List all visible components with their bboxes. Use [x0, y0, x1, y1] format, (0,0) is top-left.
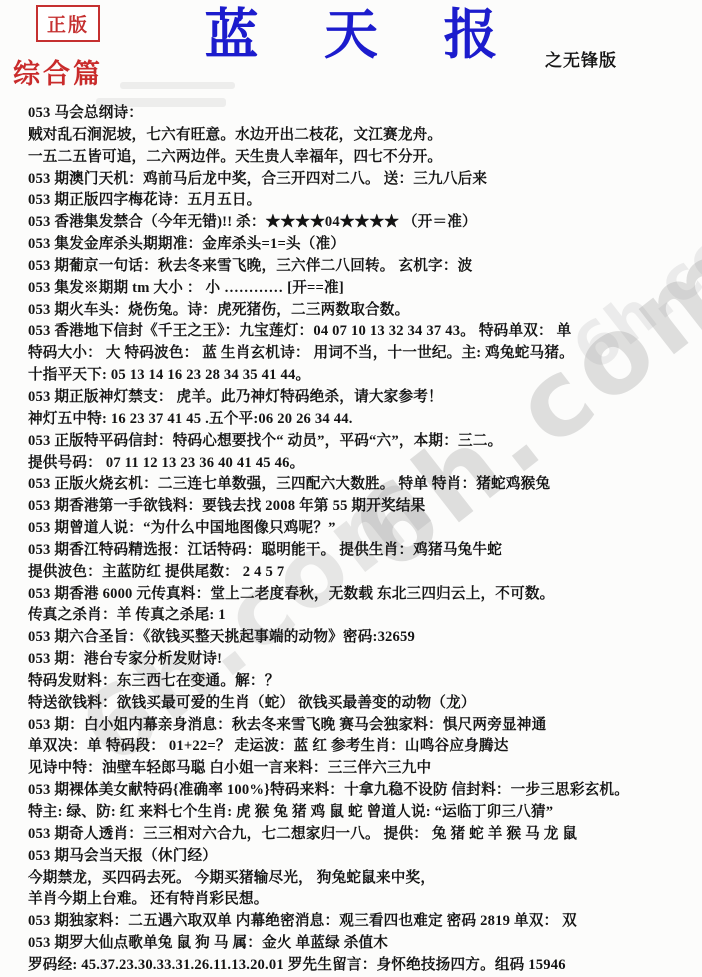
text-line: 提供号码： 07 11 12 13 23 36 40 41 45 46。 — [28, 453, 696, 475]
text-line: 特码发财料：东三西七在变通。解：？ — [28, 671, 696, 693]
text-line: 053 马会总纲诗： — [28, 103, 696, 125]
text-line: 今期禁龙，买四码去死。 今期买猪输尽光， 狗兔蛇鼠来中奖， — [28, 868, 696, 890]
text-line: 053 期香港 6000 元传真料：堂上二老度春秋，无数载 东北三四归云上，不可… — [28, 584, 696, 606]
text-line: 053 期葡京一句话：秋去冬来雪飞晚，三六伴二八回转。 玄机字：波 — [28, 256, 696, 278]
text-line: 053 期：港台专家分析发财诗! — [28, 649, 696, 671]
text-line: 053 期马会当天报（休门经） — [28, 846, 696, 868]
text-line: 传真之杀肖：羊 传真之杀尾: 1 — [28, 605, 696, 627]
text-line: 053 正版特平码信封：特码心想要找个“ 动员”，平码“六”，本期：三二。 — [28, 431, 696, 453]
text-line: 神灯五中特: 16 23 37 41 45 .五个平:06 20 26 34 4… — [28, 409, 696, 431]
report-page: 6h.com 6h.com 6h.com 正版 蓝 天 报 之无锋版 综合篇 0… — [0, 0, 702, 977]
text-line: 一五二五皆可追，二六两边伴。天生贵人幸福年，四七不分开。 — [28, 147, 696, 169]
section-heading: 综合篇 — [13, 52, 103, 91]
text-line: 053 期六合圣旨：《欲钱买整天挑起事端的动物》密码:32659 — [28, 627, 696, 649]
text-line: 053 期罗大仙点歌单兔 鼠 狗 马 属：金火 单蓝绿 杀值木 — [28, 933, 696, 955]
text-line: 053 期火车头：烧伤兔。诗：虎死猪伤，二三两数取合数。 — [28, 300, 696, 322]
text-line: 053 集发※期期 tm 大小 ： 小 ………… [开==准] — [28, 278, 696, 300]
tips-text-block: 053 马会总纲诗： 贼对乱石涧泥坡，七六有旺意。水边开出二枝花，文江赛龙舟。 … — [28, 103, 696, 977]
text-line: 羊肖今期上台难。 还有特肖彩民想。 — [28, 889, 696, 911]
text-line: 特码大小： 大 特码波色： 蓝 生肖玄机诗： 用词不当，十一世纪。主: 鸡兔蛇马… — [28, 343, 696, 365]
text-line: 053 期正版四字梅花诗：五月五日。 — [28, 190, 696, 212]
text-line: 053 期澳门天机：鸡前马后龙中奖，合三开四对二八。 送：三九八后来 — [28, 169, 696, 191]
text-line: 053 期正版神灯禁支： 虎羊。此乃神灯特码绝杀，请大家参考！ — [28, 387, 696, 409]
text-line: 053 期奇人透肖：三三相对六合九，七二想家归一八。 提供： 兔 猪 蛇 羊 猴… — [28, 824, 696, 846]
text-line: 罗码经: 45.37.23.30.33.31.26.11.13.20.01 罗先… — [28, 955, 696, 977]
text-line: 贼对乱石涧泥坡，七六有旺意。水边开出二枝花，文江赛龙舟。 — [28, 125, 696, 147]
text-line: 见诗中特：油壁车轻郎马聪 白小姐一言来料：三三伴六三九中 — [28, 758, 696, 780]
text-line: 053 期裸体美女献特码{准确率 100%}特码来料：十拿九稳不设防 信封料：一… — [28, 780, 696, 802]
text-line: 053 集发金库杀头期期准：金库杀头=1=头（准） — [28, 234, 696, 256]
text-line: 特送欲钱料：欲钱买最可爱的生肖（蛇） 欲钱买最善变的动物（龙） — [28, 693, 696, 715]
text-line: 十指平天下: 05 13 14 16 23 28 34 35 41 44。 — [28, 365, 696, 387]
text-line: 053 期独家料：二五遇六取双单 内幕绝密消息：观三看四也难定 密码 2819 … — [28, 911, 696, 933]
edition-label: 之无锋版 — [545, 46, 617, 71]
text-line: 053 香港集发禁合（今年无错)!! 杀：★★★★04★★★★ （开＝准） — [28, 212, 696, 234]
text-line: 053 期：白小姐内幕亲身消息：秋去冬来雪飞晚 赛马会独家料：惧尺两旁显神通 — [28, 715, 696, 737]
text-line: 特主: 绿、防: 红 来料七个生肖: 虎 猴 兔 猪 鸡 鼠 蛇 曾道人说: “… — [28, 802, 696, 824]
text-line: 053 香港地下信封《千王之王》：九宝莲灯：04 07 10 13 32 34 … — [28, 321, 696, 343]
text-line: 单双决：单 特码段： 01+22=？ 走运波：蓝 红 参考生肖：山鸣谷应身腾达 — [28, 736, 696, 758]
text-line: 053 期香港第一手欲钱料：要钱去找 2008 年第 55 期开奖结果 — [28, 496, 696, 518]
text-line: 053 期曾道人说：“为什么中国地图像只鸡呢？” — [28, 518, 696, 540]
text-line: 053 期香江特码精选报：江话特码：聪明能干。 提供生肖：鸡猪马兔牛蛇 — [28, 540, 696, 562]
text-line: 053 正版火烧玄机：二三连七单数强，三四配六大数胜。 特单 特肖：猪蛇鸡猴兔 — [28, 474, 696, 496]
scan-smudge — [120, 82, 235, 89]
text-line: 提供波色：主蓝防红 提供尾数： 2 4 5 7 — [28, 562, 696, 584]
